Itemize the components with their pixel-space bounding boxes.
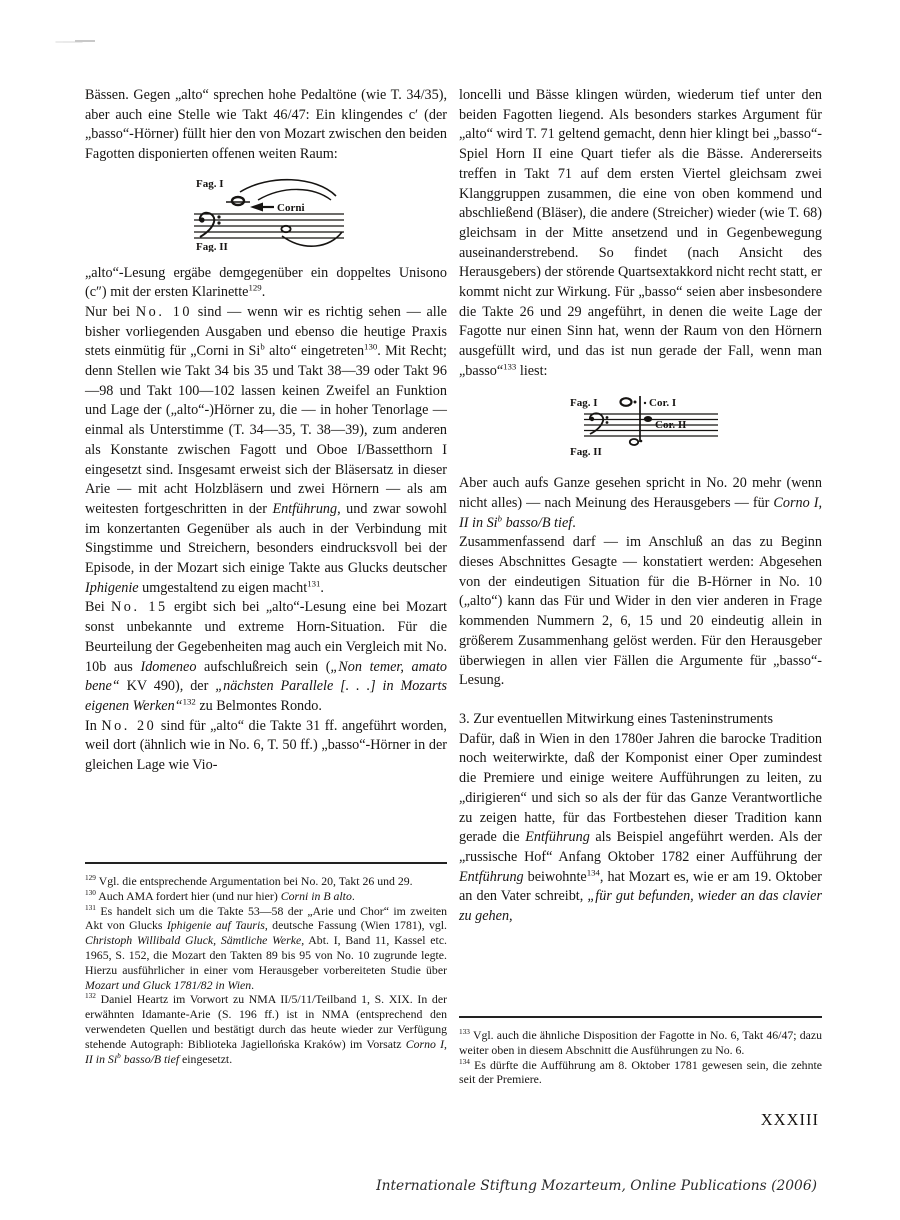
dot (643, 401, 645, 403)
music-staff-2: Fag. I Cor. I (556, 393, 726, 459)
slur-inner (258, 189, 331, 200)
footnote: 133 Vgl. auch die ähnliche Disposition d… (459, 1028, 822, 1058)
fig2-fag1-label: Fag. I (570, 397, 598, 409)
paragraph: Bei No. 15 ergibt sich bei „alto“-Lesung… (85, 598, 447, 716)
section-heading: 3. Zur eventuellen Mitwirkung eines Tast… (459, 710, 822, 730)
fig1-fag1-label: Fag. I (196, 178, 224, 190)
footnote: 131 Es handelt sich um die Takte 53—58 d… (85, 904, 447, 993)
music-example-2: Fag. I Cor. I (459, 393, 822, 466)
staff-lines (194, 214, 344, 238)
paragraph: In No. 20 sind für „alto“ die Takte 31 f… (85, 717, 447, 776)
bass-clef-icon (199, 213, 220, 237)
fig2-fag2-label: Fag. II (570, 446, 602, 458)
fig1-corni-label: Corni (277, 202, 305, 214)
right-column: loncelli und Bässe klingen würden, wiede… (459, 86, 822, 927)
left-column: Bässen. Gegen „alto“ sprechen hohe Pedal… (85, 86, 447, 776)
footnote: 132 Daniel Heartz im Vorwort zu NMA II/5… (85, 992, 447, 1066)
paragraph: Zusammenfassend darf — im Anschluß an da… (459, 533, 822, 691)
paragraph: Bässen. Gegen „alto“ sprechen hohe Pedal… (85, 86, 447, 165)
paragraph: „alto“-Lesung ergäbe demgegenüber ein do… (85, 264, 447, 303)
dot (639, 439, 642, 442)
fig2-cor1-label: Cor. I (649, 397, 676, 409)
slur-lower (282, 232, 342, 246)
footnote: 134 Es dürfte die Aufführung am 8. Oktob… (459, 1058, 822, 1088)
music-staff-1: Fag. I (174, 172, 359, 252)
quarter-note (643, 416, 651, 422)
note-below-staff (629, 439, 637, 445)
footnote: 129 Vgl. die entsprechende Argumentation… (85, 874, 447, 889)
scanned-document-page: Bässen. Gegen „alto“ sprechen hohe Pedal… (0, 0, 900, 1220)
footnote: 130 Auch AMA fordert hier (und nur hier)… (85, 889, 447, 904)
whole-note (232, 197, 244, 205)
scan-artifact (75, 40, 95, 42)
fig2-cor2-label: Cor. II (655, 419, 686, 431)
footnote-rule (85, 862, 447, 864)
footer-credit: Internationale Stiftung Mozarteum, Onlin… (0, 1178, 817, 1194)
page-number: XXXIII (459, 1110, 819, 1130)
dot (633, 400, 636, 403)
staff-note (281, 226, 290, 232)
paragraph: Dafür, daß in Wien in den 1780er Jahren … (459, 730, 822, 927)
paragraph: loncelli und Bässe klingen würden, wiede… (459, 86, 822, 382)
half-note-above (620, 398, 631, 406)
paragraph: Aber auch aufs Ganze gesehen spricht in … (459, 474, 822, 533)
footnotes-right: 133 Vgl. auch die ähnliche Disposition d… (459, 1016, 822, 1087)
footnote-rule (459, 1016, 822, 1018)
paragraph: Nur bei No. 10 sind — wenn wir es richti… (85, 303, 447, 599)
footnotes-left: 129 Vgl. die entsprechende Argumentation… (85, 862, 447, 1066)
slur-upper (240, 179, 336, 195)
arrow-icon (250, 202, 274, 211)
fig1-fag2-label: Fag. II (196, 241, 228, 252)
music-example-1: Fag. I (85, 172, 447, 259)
